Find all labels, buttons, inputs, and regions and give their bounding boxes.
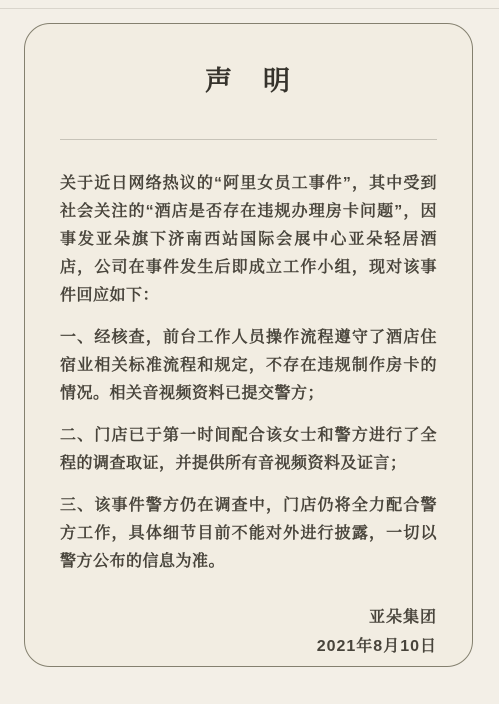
signature-date: 2021年8月10日 xyxy=(60,632,437,661)
signature-block: 亚朵集团 2021年8月10日 xyxy=(60,603,437,661)
statement-point-2: 二、门店已于第一时间配合该女士和警方进行了全程的调查取证，并提供所有音视频资料及… xyxy=(60,422,437,478)
statement-title: 声 明 xyxy=(60,65,437,97)
statement-intro-paragraph: 关于近日网络热议的“阿里女员工事件”，其中受到社会关注的“酒店是否存在违规办理房… xyxy=(60,170,437,310)
statement-card: 声 明 关于近日网络热议的“阿里女员工事件”，其中受到社会关注的“酒店是否存在违… xyxy=(24,23,473,667)
statement-point-1: 一、经核查，前台工作人员操作流程遵守了酒店住宿业相关标准流程和规定，不存在违规制… xyxy=(60,324,437,408)
signature-company: 亚朵集团 xyxy=(60,603,437,632)
page-top-edge-line xyxy=(0,8,499,9)
statement-point-3: 三、该事件警方仍在调查中，门店仍将全力配合警方工作，具体细节目前不能对外进行披露… xyxy=(60,492,437,576)
title-divider xyxy=(60,139,437,140)
